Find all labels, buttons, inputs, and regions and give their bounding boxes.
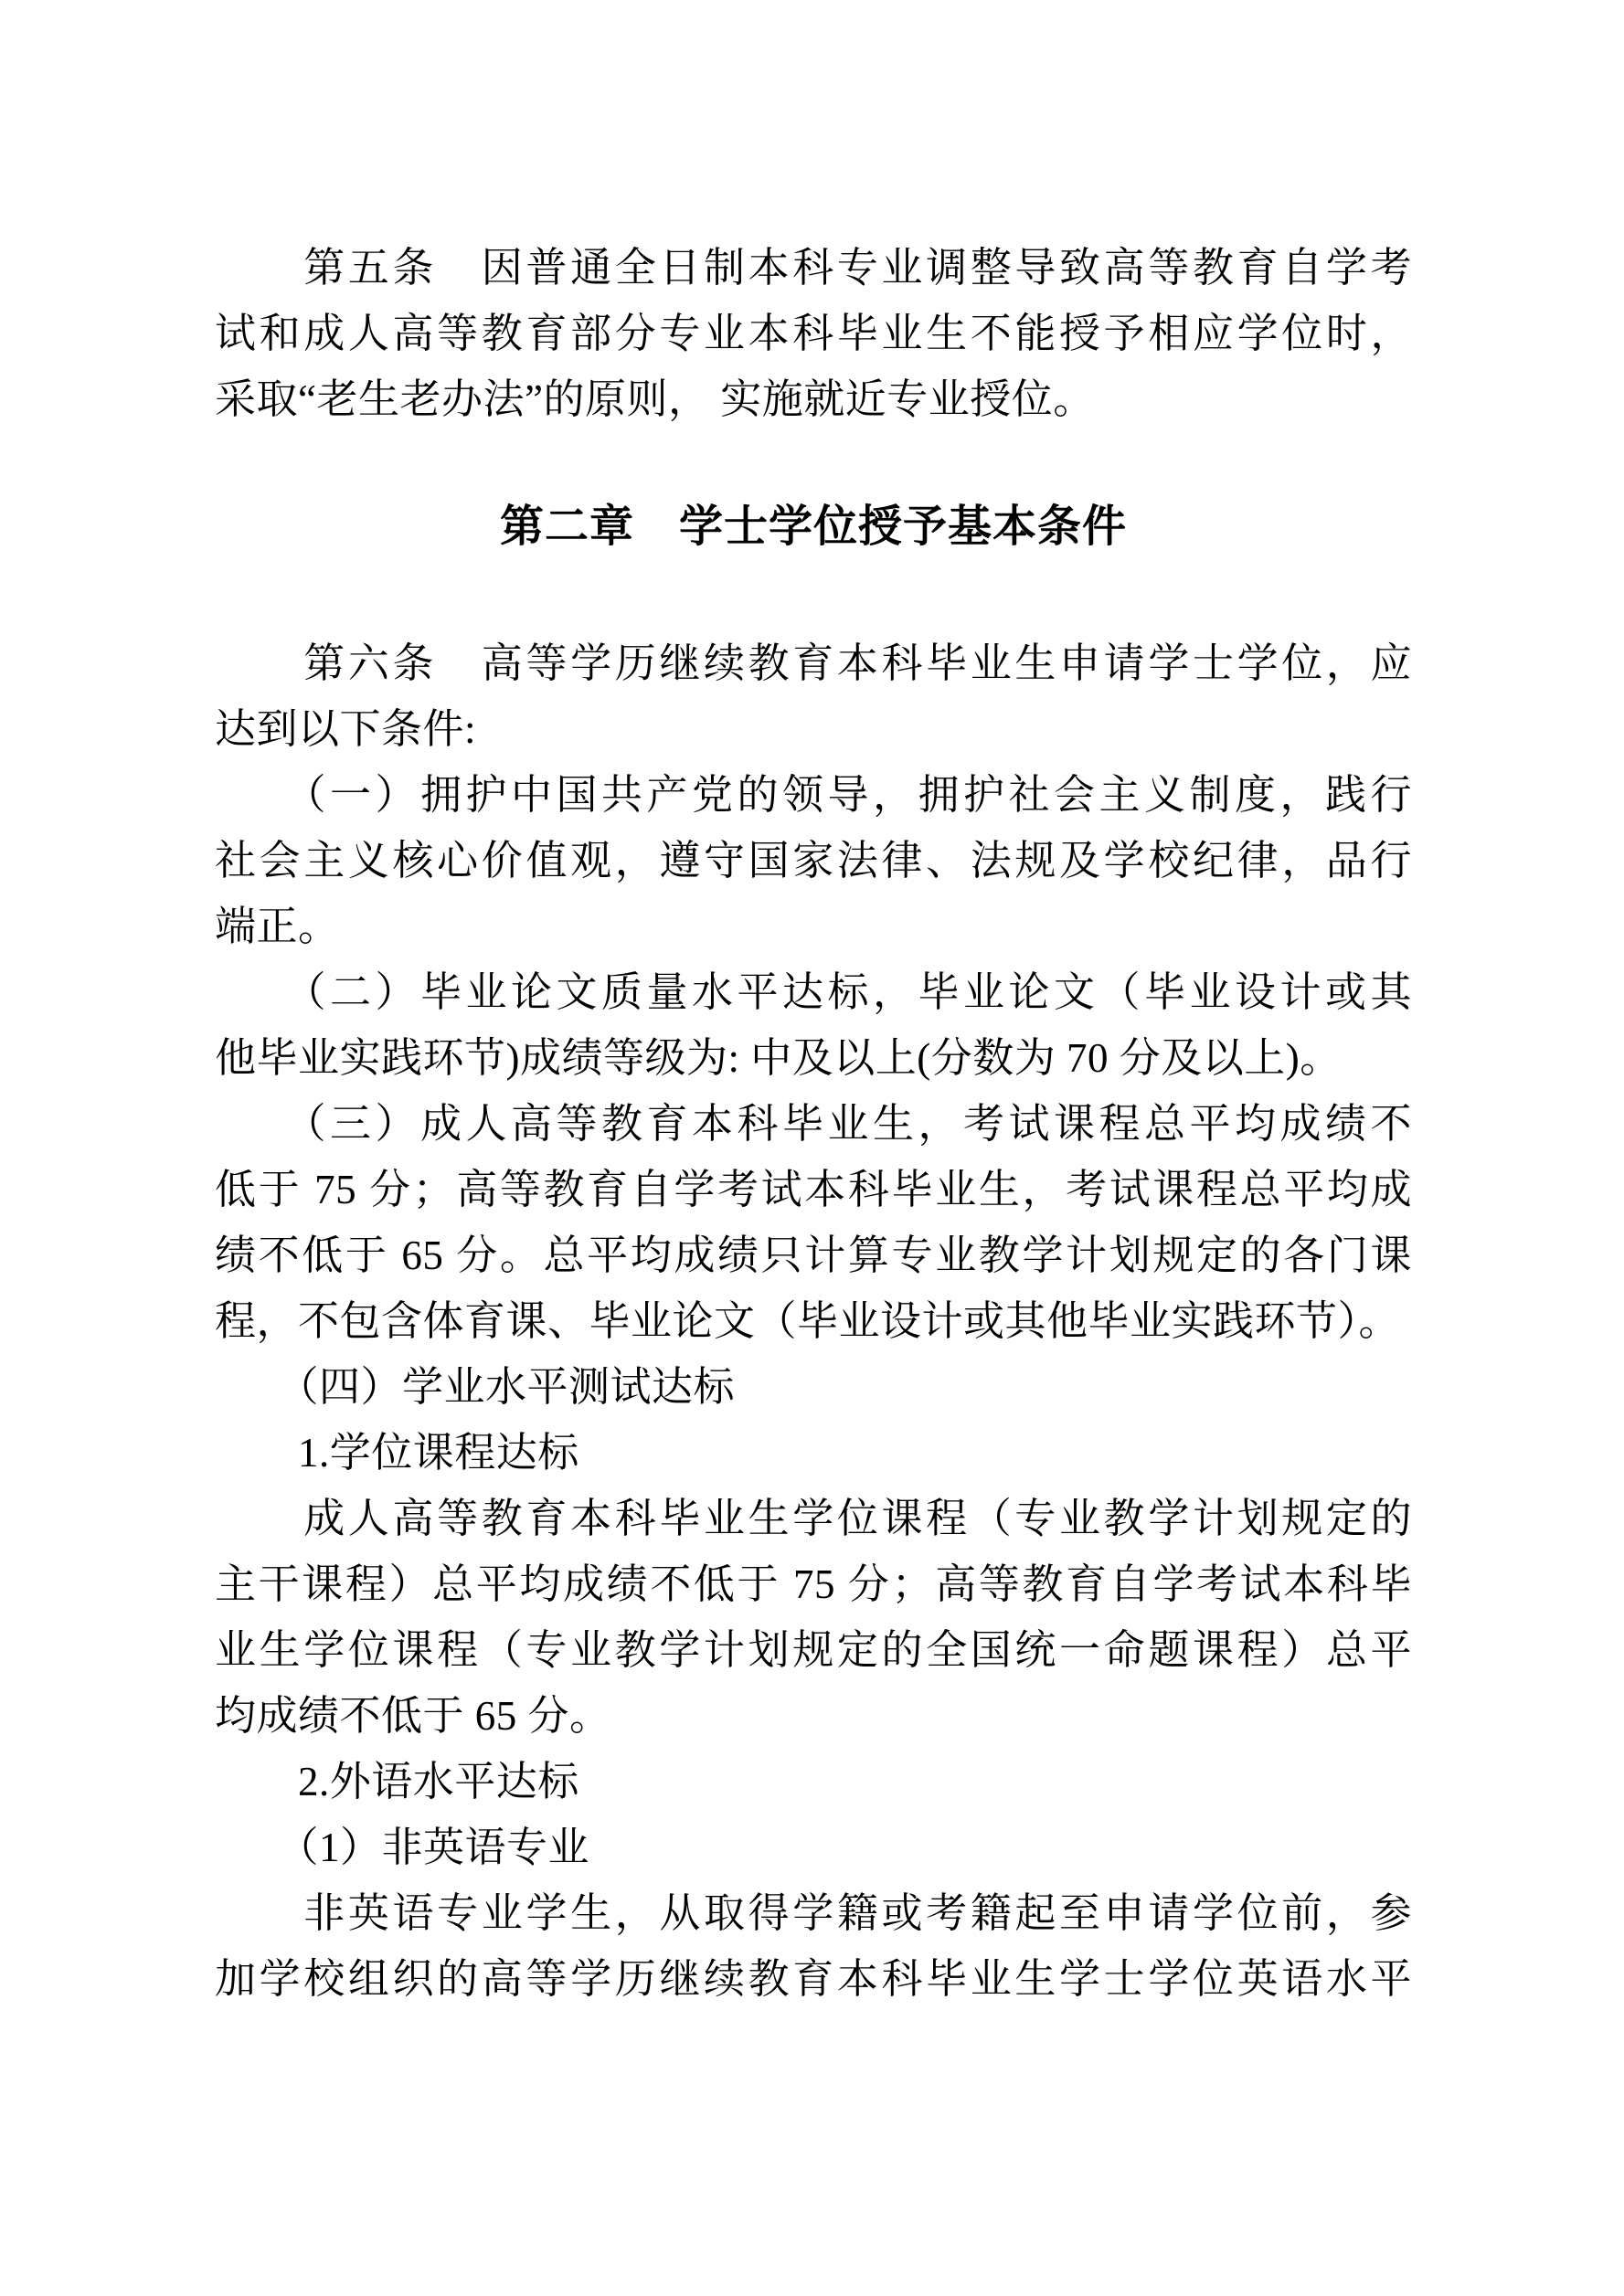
text-line: 主干课程）总平均成绩不低于 75 分；高等教育自学考试本科毕: [215, 1551, 1412, 1617]
text-line: 第六条 高等学历继续教育本科毕业生申请学士学位，应: [215, 630, 1412, 696]
text-line: 2.外语水平达标: [215, 1749, 1412, 1815]
item-1-degree-courses: 1.学位课程达标: [215, 1420, 1412, 1486]
document-content: 第五条 因普通全日制本科专业调整导致高等教育自学考试和成人高等教育部分专业本科毕…: [215, 235, 1412, 2012]
clause-1: （一）拥护中国共产党的领导，拥护社会主义制度，践行社会主义核心价值观，遵守国家法…: [215, 762, 1412, 959]
item-1-body: 成人高等教育本科毕业生学位课程（专业教学计划规定的主干课程）总平均成绩不低于 7…: [215, 1486, 1412, 1749]
clause-2: （二）毕业论文质量水平达标，毕业论文（毕业设计或其他毕业实践环节)成绩等级为: …: [215, 959, 1412, 1091]
text-line: 采取“老生老办法”的原则， 实施就近专业授位。: [215, 366, 1412, 432]
text-line: （四）学业水平测试达标: [215, 1354, 1412, 1420]
text-line: 端正。: [215, 894, 1412, 959]
text-line: 达到以下条件:: [215, 696, 1412, 762]
item-2-1-non-english-major: （1）非英语专业: [215, 1815, 1412, 1880]
clause-4: （四）学业水平测试达标: [215, 1354, 1412, 1420]
text-line: （1）非英语专业: [215, 1815, 1412, 1880]
clause-3: （三）成人高等教育本科毕业生，考试课程总平均成绩不低于 75 分；高等教育自学考…: [215, 1091, 1412, 1354]
text-line: 均成绩不低于 65 分。: [215, 1683, 1412, 1749]
text-line: 1.学位课程达标: [215, 1420, 1412, 1486]
text-line: （一）拥护中国共产党的领导，拥护社会主义制度，践行: [215, 762, 1412, 828]
text-line: 成人高等教育本科毕业生学位课程（专业教学计划规定的: [215, 1486, 1412, 1551]
text-line: 第五条 因普通全日制本科专业调整导致高等教育自学考: [215, 235, 1412, 301]
article-5: 第五条 因普通全日制本科专业调整导致高等教育自学考试和成人高等教育部分专业本科毕…: [215, 235, 1412, 432]
text-line: 加学校组织的高等学历继续教育本科毕业生学士学位英语水平: [215, 1946, 1412, 2012]
chapter-2-heading: 第二章 学士学位授予基本条件: [215, 494, 1412, 560]
item-2-foreign-language: 2.外语水平达标: [215, 1749, 1412, 1815]
text-line: 绩不低于 65 分。总平均成绩只计算专业教学计划规定的各门课: [215, 1222, 1412, 1288]
text-line: 第二章 学士学位授予基本条件: [215, 494, 1412, 560]
document-page: 第五条 因普通全日制本科专业调整导致高等教育自学考试和成人高等教育部分专业本科毕…: [0, 0, 1624, 2296]
text-line: （二）毕业论文质量水平达标，毕业论文（毕业设计或其: [215, 959, 1412, 1025]
article-6: 第六条 高等学历继续教育本科毕业生申请学士学位，应达到以下条件:: [215, 630, 1412, 762]
text-line: 他毕业实践环节)成绩等级为: 中及以上(分数为 70 分及以上)。: [215, 1025, 1412, 1091]
text-line: 非英语专业学生，从取得学籍或考籍起至申请学位前，参: [215, 1880, 1412, 1946]
item-2-1-body: 非英语专业学生，从取得学籍或考籍起至申请学位前，参加学校组织的高等学历继续教育本…: [215, 1880, 1412, 2012]
text-line: 业生学位课程（专业教学计划规定的全国统一命题课程）总平: [215, 1617, 1412, 1683]
text-line: 社会主义核心价值观，遵守国家法律、法规及学校纪律，品行: [215, 828, 1412, 894]
text-line: 程，不包含体育课、毕业论文（毕业设计或其他毕业实践环节）。: [215, 1288, 1412, 1354]
text-line: 低于 75 分；高等教育自学考试本科毕业生，考试课程总平均成: [215, 1157, 1412, 1222]
text-line: 试和成人高等教育部分专业本科毕业生不能授予相应学位时，: [215, 301, 1412, 366]
text-line: （三）成人高等教育本科毕业生，考试课程总平均成绩不: [215, 1091, 1412, 1157]
